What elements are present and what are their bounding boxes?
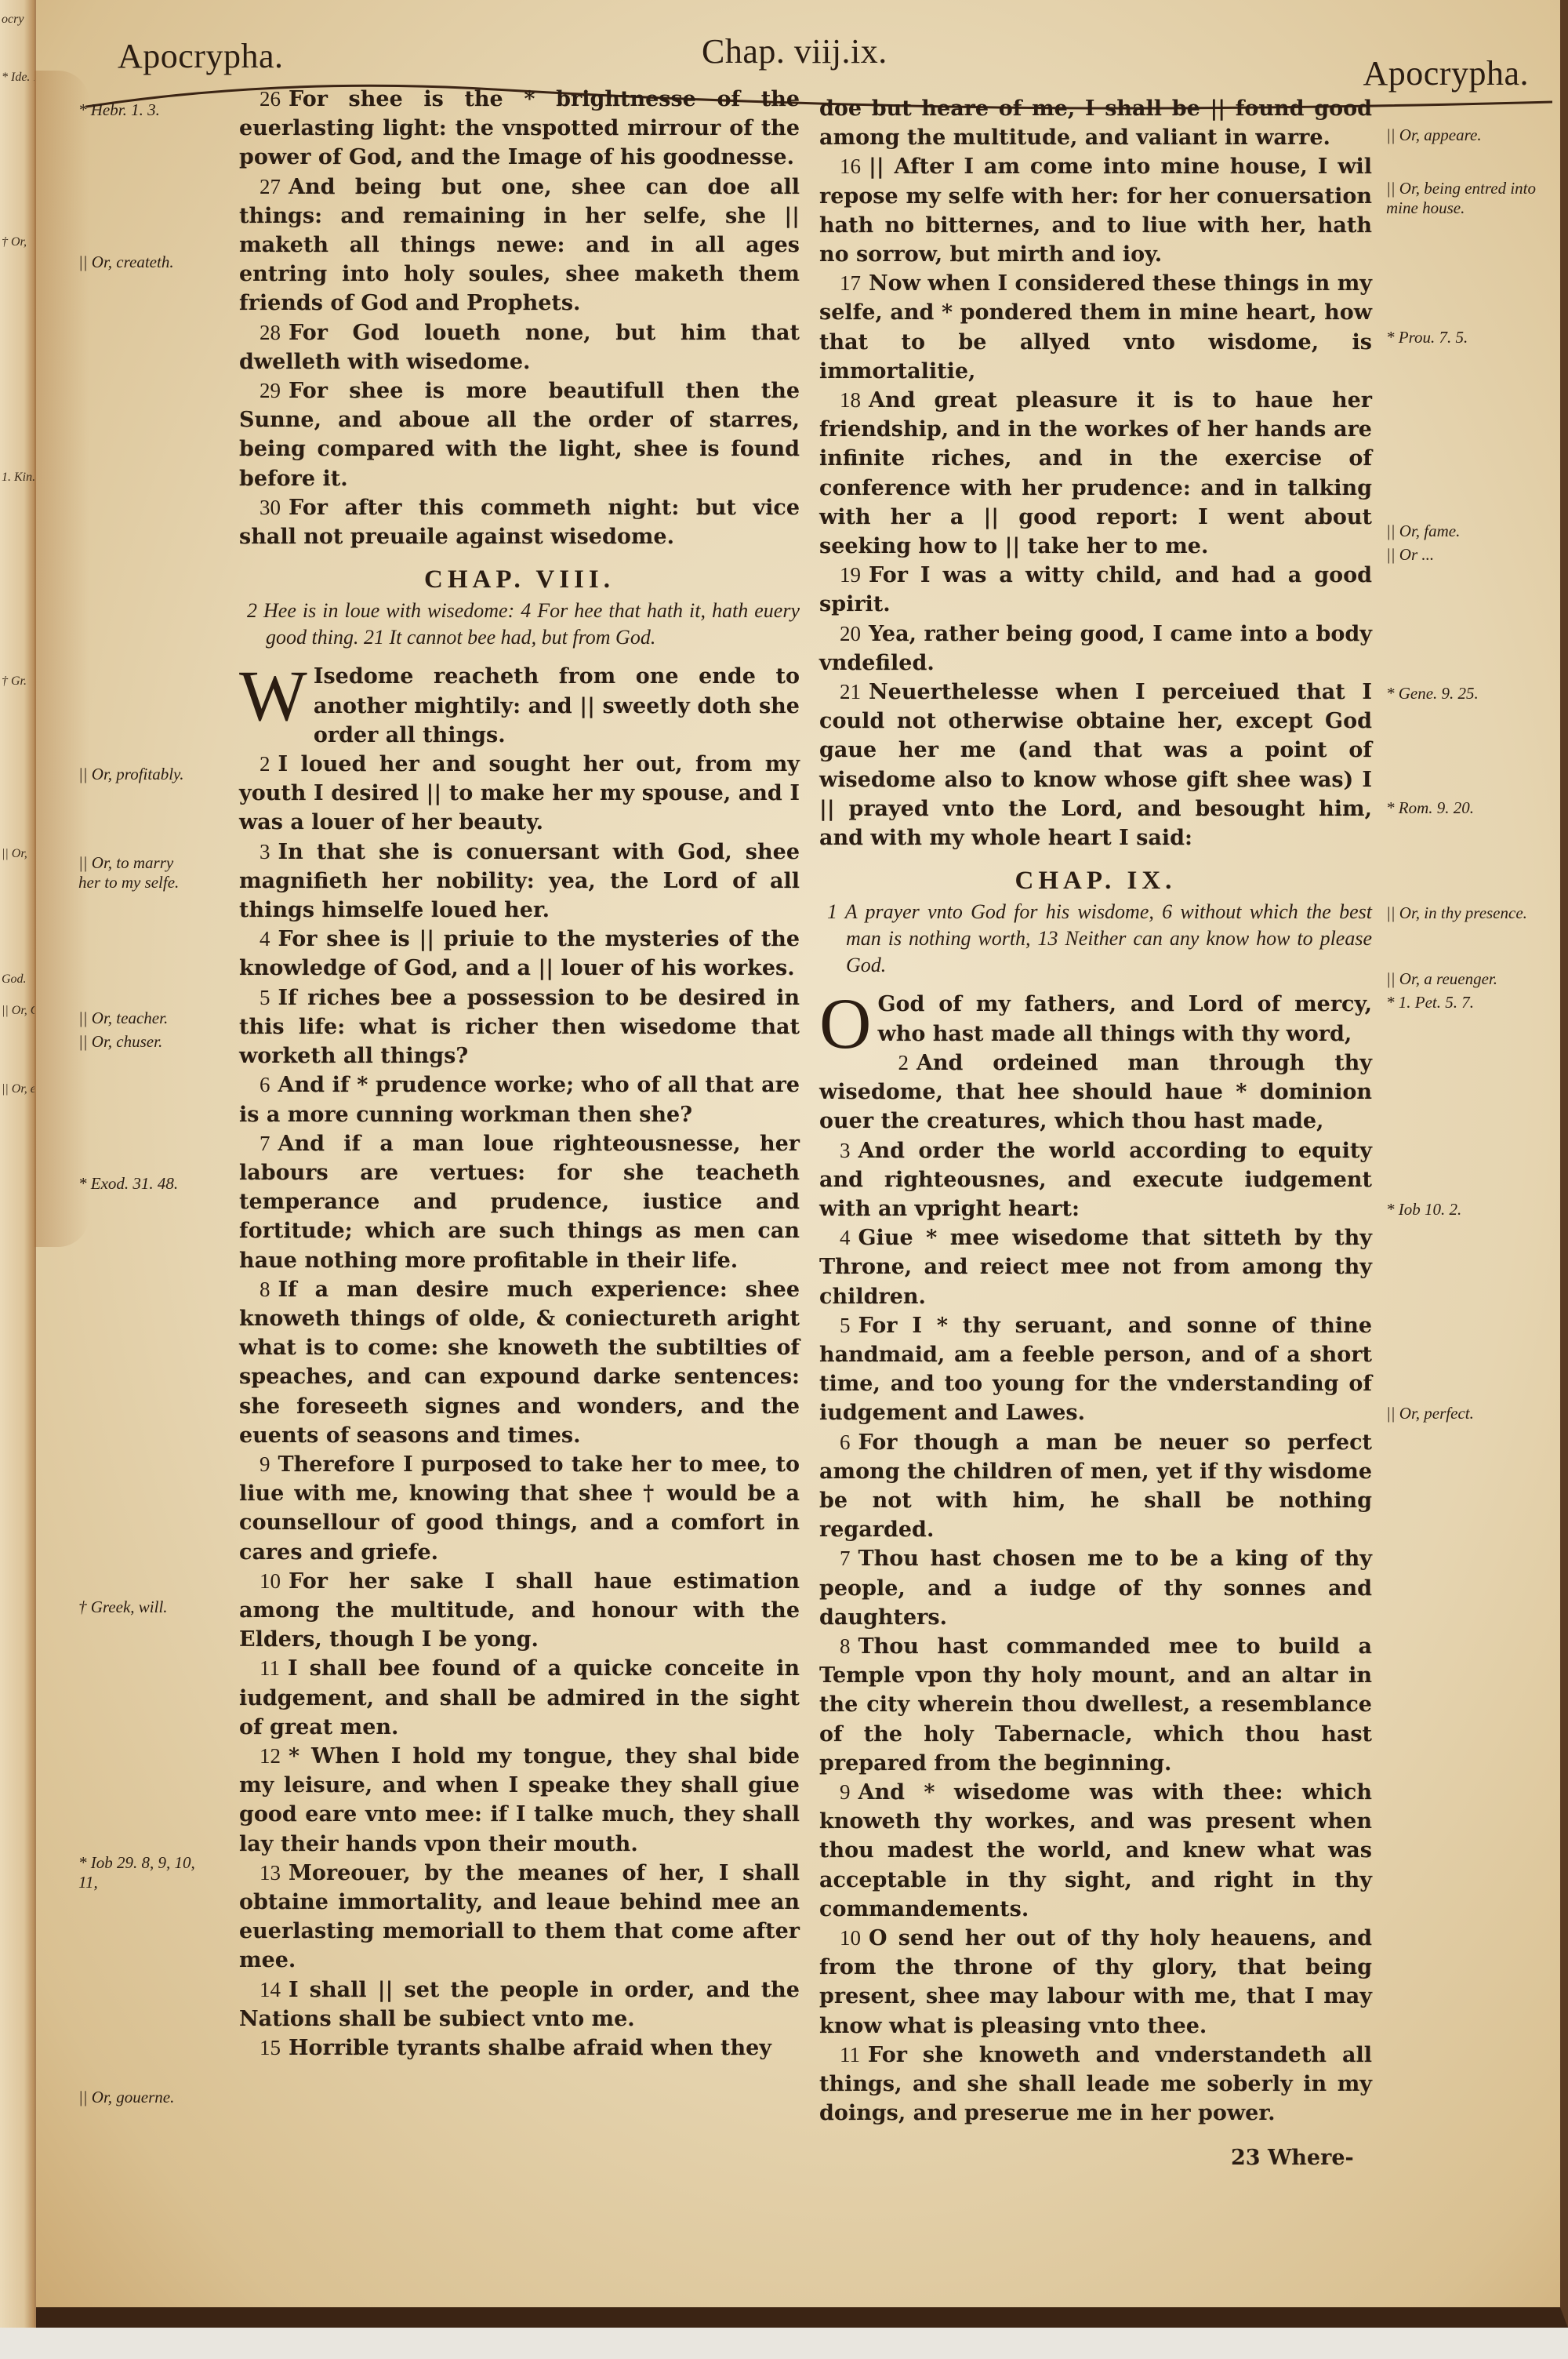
water-stain — [34, 71, 89, 1247]
book-page: ocry * Ide. 1. † Or, 1. Kin. † Gr. || Or… — [0, 0, 1568, 2328]
verse: 10O send her out of thy holy heauens, an… — [819, 1924, 1372, 2041]
margin-note-greek: † Greek, will. — [78, 1598, 196, 1617]
catchword: 23 Where- — [1231, 2146, 1354, 2170]
verse: 3And order the world according to equity… — [819, 1136, 1372, 1224]
margin-note-variant: || Or, being entred into mine house. — [1386, 179, 1559, 218]
verse: 28For God loueth none, but him that dwel… — [239, 318, 800, 376]
margin-note-cross-reference: * Iob 10. 2. — [1386, 1200, 1559, 1219]
verse: 29For shee is more beautifull then the S… — [239, 376, 800, 493]
margin-note-variant: || Or, chuser. — [78, 1032, 196, 1052]
margin-note-variant: || Or, a reuenger. — [1386, 969, 1559, 989]
verse: 27And being but one, shee can doe all th… — [239, 173, 800, 318]
prev-leaf-fragment: || Or, Gr. — [2, 1004, 36, 1018]
prev-leaf-fragment: || Or, — [2, 847, 27, 861]
prev-leaf-fragment: † Gr. — [2, 674, 27, 689]
verse: 11I shall bee found of a quicke conceite… — [239, 1654, 800, 1742]
verse: 11For she knoweth and vnderstandeth all … — [819, 2041, 1372, 2128]
verse: 2I loued her and sought her out, from my… — [239, 750, 800, 838]
verse: 17Now when I considered these things in … — [819, 269, 1372, 386]
running-head-chapter: Chap. viij.ix. — [702, 31, 887, 71]
margin-note-variant: || Or, appeare. — [1386, 125, 1559, 145]
verse: 3In that she is conuersant with God, she… — [239, 838, 800, 925]
verse: 16|| After I am come into mine house, I … — [819, 152, 1372, 269]
margin-note-variant: || Or, perfect. — [1386, 1404, 1559, 1423]
verse: 6For though a man be neuer so perfect am… — [819, 1428, 1372, 1545]
verse-continuation: doe but heare of me, I shall be || found… — [819, 94, 1372, 152]
margin-note-variant: || Or, fame. — [1386, 522, 1559, 541]
verse: 21Neuerthelesse when I perceiued that I … — [819, 678, 1372, 852]
margin-note-variant: || Or, gouerne. — [78, 2088, 196, 2107]
verse: 18And great pleasure it is to haue her f… — [819, 386, 1372, 561]
verse: 9And * wisedome was with thee: which kno… — [819, 1778, 1372, 1924]
verse: 20Yea, rather being good, I came into a … — [819, 620, 1372, 678]
margin-note-variant: || Or, createth. — [78, 253, 196, 272]
verse: 4For shee is || priuie to the mysteries … — [239, 925, 800, 983]
prev-leaf-fragment: * Ide. 1. — [2, 71, 36, 85]
margin-note-cross-reference: * 1. Pet. 5. 7. — [1386, 993, 1559, 1012]
verse: 5For I * thy seruant, and sonne of thine… — [819, 1311, 1372, 1428]
verse: 14I shall || set the people in order, an… — [239, 1976, 800, 2034]
chapter-heading: CHAP. IX. — [819, 867, 1372, 896]
prev-leaf-fragment: ocry — [2, 13, 24, 27]
margin-note-variant: || Or, to marry her to my selfe. — [78, 853, 196, 892]
prev-leaf-fragment: God. — [2, 972, 27, 987]
verse: 8If a man desire much experience: shee k… — [239, 1275, 800, 1450]
prev-leaf-fragment: † Or, — [2, 235, 27, 249]
right-column: doe but heare of me, I shall be || found… — [819, 94, 1372, 2128]
verse: 7And if a man loue righteousnesse, her l… — [239, 1129, 800, 1275]
chapter-heading: CHAP. VIII. — [239, 565, 800, 594]
verse: 5If riches bee a possession to be desire… — [239, 983, 800, 1071]
margin-note-cross-reference: * Iob 29. 8, 9, 10, 11, — [78, 1853, 196, 1892]
margin-note-variant: || Or, in thy presence. — [1386, 903, 1559, 923]
verse: 4Giue * mee wisedome that sitteth by thy… — [819, 1223, 1372, 1311]
verse: 26For shee is the * brightnesse of the e… — [239, 85, 800, 173]
verse-opening: WIsedome reacheth from one ende to anoth… — [239, 662, 800, 750]
margin-note-variant: || Or, teacher. — [78, 1009, 196, 1028]
margin-note-variant: || Or, profitably. — [78, 765, 196, 784]
verse: 13Moreouer, by the meanes of her, I shal… — [239, 1859, 800, 1976]
verse: 15Horrible tyrants shalbe afraid when th… — [239, 2034, 800, 2063]
verse-opening: OGod of my fathers, and Lord of mercy, w… — [819, 990, 1372, 1048]
verse: 30For after this commeth night: but vice… — [239, 493, 800, 551]
verse: 6And if * prudence worke; who of all tha… — [239, 1070, 800, 1129]
margin-note-cross-reference: * Hebr. 1. 3. — [78, 100, 196, 120]
margin-note-variant: || Or ... — [1386, 545, 1559, 565]
left-column: 26For shee is the * brightnesse of the e… — [239, 85, 800, 2063]
prev-leaf-fragment: || Or, e — [2, 1082, 36, 1096]
previous-leaf-edge: ocry * Ide. 1. † Or, 1. Kin. † Gr. || Or… — [0, 0, 36, 2328]
verse: 19For I was a witty child, and had a goo… — [819, 561, 1372, 619]
drop-capital: O — [819, 993, 871, 1054]
verse: 10For her sake I shall haue estimation a… — [239, 1567, 800, 1655]
verse: 8Thou hast commanded mee to build a Temp… — [819, 1632, 1372, 1778]
verse: 12* When I hold my tongue, they shal bid… — [239, 1742, 800, 1859]
chapter-argument: 1 A prayer vnto God for his wisdome, 6 w… — [819, 899, 1372, 979]
verse: 7Thou hast chosen me to be a king of thy… — [819, 1544, 1372, 1632]
margin-note-cross-reference: * Rom. 9. 20. — [1386, 798, 1559, 818]
prev-leaf-fragment: 1. Kin. — [2, 471, 35, 485]
drop-capital: W — [239, 665, 307, 726]
running-head-left: Apocrypha. — [118, 36, 284, 76]
margin-note-cross-reference: * Prou. 7. 5. — [1386, 328, 1559, 347]
verse: 2And ordeined man through thy wisedome, … — [819, 1049, 1372, 1136]
chapter-argument: 2 Hee is in loue with wisedome: 4 For he… — [239, 598, 800, 651]
verse: 9Therefore I purposed to take her to mee… — [239, 1450, 800, 1567]
margin-note-cross-reference: * Gene. 9. 25. — [1386, 684, 1559, 703]
margin-note-cross-reference: * Exod. 31. 48. — [78, 1174, 196, 1194]
